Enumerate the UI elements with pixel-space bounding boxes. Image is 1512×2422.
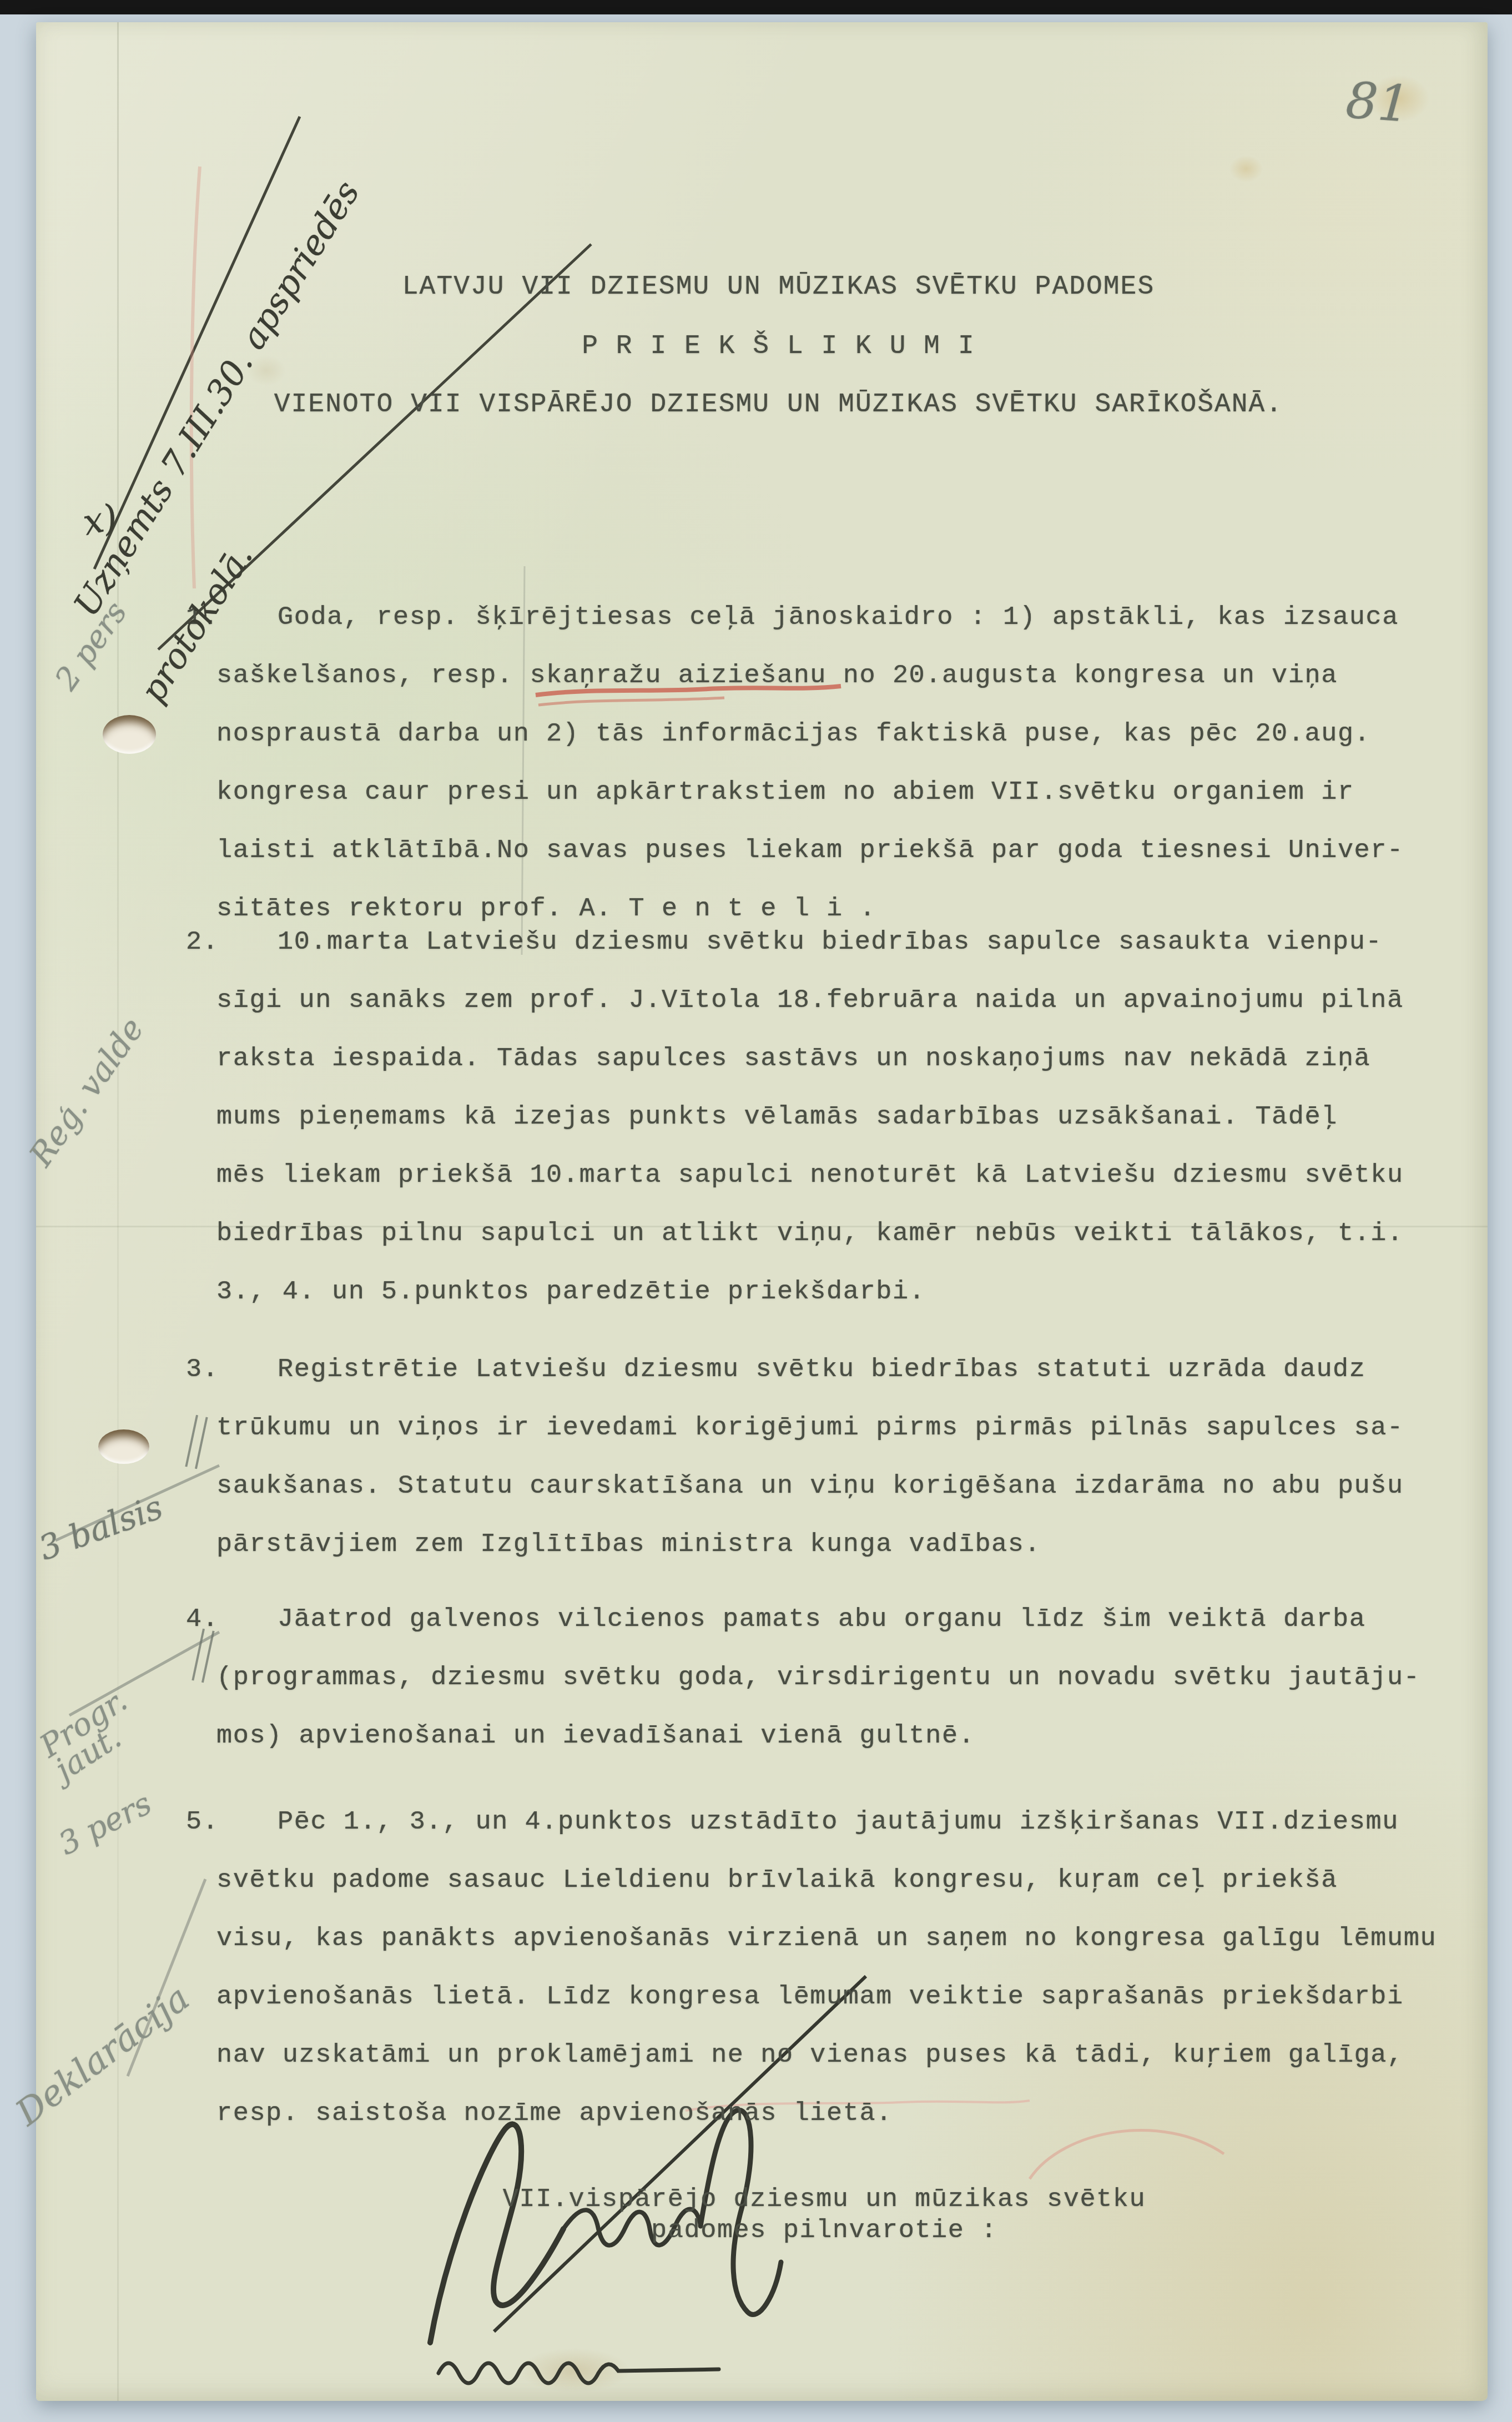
- document-page: 81 LATVJU VII DZIESMU UN MŪZIKAS SVĒTKU …: [36, 22, 1488, 2401]
- text-line: nav uzskatāmi un proklamējami ne no vien…: [216, 2026, 1471, 2084]
- margin-note-3-pers: 3 pers: [53, 1785, 157, 1862]
- paper-stain: [519, 2348, 630, 2393]
- paragraph-1: 1. Goda, resp. šķīrējtiesas ceļā jānoska…: [216, 588, 1471, 938]
- margin-note-progr-jaut: Progr. jaut.: [36, 1686, 147, 1785]
- text-line: pārstāvjiem zem Izglītības ministra kung…: [216, 1515, 1471, 1574]
- text-line: 10.marta Latviešu dziesmu svētku biedrīb…: [216, 913, 1471, 971]
- text-line: saškelšanos, resp. skaņražu aiziešanu no…: [216, 647, 1471, 705]
- punch-hole-top: [103, 715, 156, 754]
- text-line: padomes pilnvarotie :: [463, 2215, 1185, 2247]
- paragraph-5-number: 5.: [186, 1793, 219, 1851]
- punch-hole-bottom: [98, 1429, 149, 1464]
- text-line: Jāatrod galvenos vilcienos pamats abu or…: [216, 1590, 1471, 1649]
- text-line: kongresa caur presi un apkārtrakstiem no…: [216, 763, 1471, 822]
- paragraph-5: 5. Pēc 1., 3., un 4.punktos uzstādīto ja…: [216, 1793, 1471, 2143]
- paragraph-3: 3. Registrētie Latviešu dziesmu svētku b…: [216, 1341, 1471, 1574]
- paragraph-2-text: 10.marta Latviešu dziesmu svētku biedrīb…: [216, 913, 1471, 1321]
- text-line: trūkumu un viņos ir ievedami korigējumi …: [216, 1399, 1471, 1457]
- text-line: sīgi un sanāks zem prof. J.Vītola 18.feb…: [216, 971, 1471, 1030]
- text-line: Pēc 1., 3., un 4.punktos uzstādīto jautā…: [216, 1793, 1471, 1851]
- text-line: 3., 4. un 5.punktos paredzētie priekšdar…: [216, 1263, 1471, 1321]
- paragraph-3-text: Registrētie Latviešu dziesmu svētku bied…: [216, 1341, 1471, 1574]
- closing-block: VII.vispārējo dziesmu un mūzikas svētkup…: [463, 2184, 1185, 2247]
- text-line: saukšanas. Statutu caurskatīšana un viņu…: [216, 1457, 1471, 1515]
- double-stroke-mark: [185, 1415, 208, 1469]
- text-line: laisti atklātībā.No savas puses liekam p…: [216, 822, 1471, 880]
- text-line: visu, kas panākts apvienošanās virzienā …: [216, 1910, 1471, 1968]
- paragraph-5-text: Pēc 1., 3., un 4.punktos uzstādīto jautā…: [216, 1793, 1471, 2143]
- margin-note-3-balsis: 3 balsis: [34, 1488, 168, 1568]
- paragraph-2-number: 2.: [186, 913, 219, 971]
- text-line: VII.vispārējo dziesmu un mūzikas svētku: [463, 2184, 1185, 2215]
- text-line: nospraustā darba un 2) tās informācijas …: [216, 705, 1471, 763]
- text-line: (programmas, dziesmu svētku goda, virsdi…: [216, 1649, 1471, 1707]
- title-line-3: VIENOTO VII VISPĀRĒJO DZIESMU UN MŪZIKAS…: [53, 390, 1504, 420]
- text-line: Registrētie Latviešu dziesmu svētku bied…: [216, 1341, 1471, 1399]
- page-number: 81: [1344, 71, 1412, 134]
- paragraph-4: 4. Jāatrod galvenos vilcienos pamats abu…: [216, 1590, 1471, 1765]
- margin-note-reg-valde: Reģ. valde: [22, 1011, 151, 1173]
- paragraph-1-text: Goda, resp. šķīrējtiesas ceļā jānoskaidr…: [216, 588, 1471, 938]
- text-line: raksta iespaida. Tādas sapulces sastāvs …: [216, 1030, 1471, 1088]
- text-line: mos) apvienošanai un ievadīšanai vienā g…: [216, 1707, 1471, 1765]
- scanner-edge-strip: [0, 0, 1512, 14]
- paper-stain: [1229, 155, 1263, 182]
- text-line: Goda, resp. šķīrējtiesas ceļā jānoskaidr…: [216, 588, 1471, 647]
- paragraph-2: 2. 10.marta Latviešu dziesmu svētku bied…: [216, 913, 1471, 1321]
- margin-note-deklaracija: Deklarācija: [8, 1977, 197, 2134]
- scanned-document: 81 LATVJU VII DZIESMU UN MŪZIKAS SVĒTKU …: [0, 0, 1512, 2422]
- text-line: mums pieņemams kā izejas punkts vēlamās …: [216, 1088, 1471, 1146]
- red-pencil-trace: [191, 167, 200, 588]
- paragraph-3-number: 3.: [186, 1341, 219, 1399]
- text-line: svētku padome sasauc Lieldienu brīvlaikā…: [216, 1851, 1471, 1910]
- text-line: biedrības pilnu sapulci un atlikt viņu, …: [216, 1205, 1471, 1263]
- text-line: mēs liekam priekšā 10.marta sapulci neno…: [216, 1146, 1471, 1205]
- text-line: resp. saistoša nozīme apvienošanās lietā…: [216, 2084, 1471, 2143]
- paragraph-4-text: Jāatrod galvenos vilcienos pamats abu or…: [216, 1590, 1471, 1765]
- text-line: apvienošanās lietā. Līdz kongresa lēmuma…: [216, 1968, 1471, 2026]
